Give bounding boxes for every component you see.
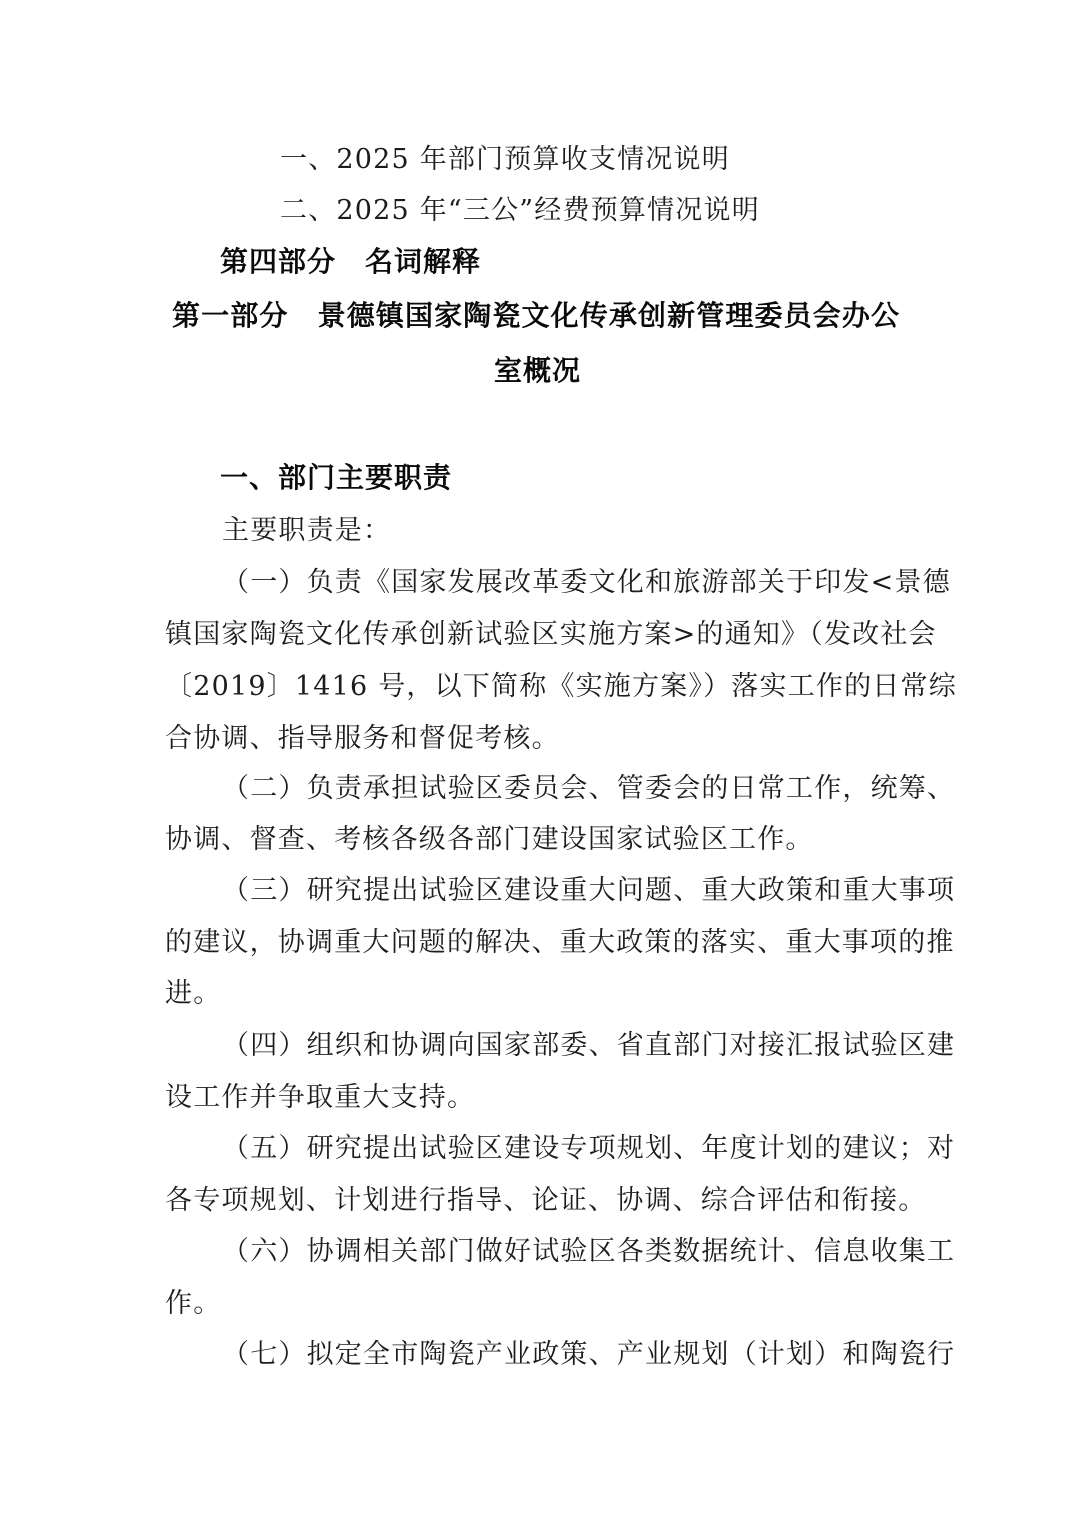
duty-1-line-2: 镇国家陶瓷文化传承创新试验区实施方案>的通知》（发改社会 [165, 617, 910, 653]
duty-3-line-3: 进。 [165, 976, 910, 1012]
duty-2-line-2: 协调、督查、考核各级各部门建设国家试验区工作。 [165, 822, 910, 858]
duty-5-line-1: （五）研究提出试验区建设专项规划、年度计划的建议；对 [222, 1131, 910, 1167]
duty-4-line-1: （四）组织和协调向国家部委、省直部门对接汇报试验区建 [222, 1028, 910, 1064]
duty-1-line-3: 〔2019〕1416 号，以下简称《实施方案》）落实工作的日常综 [165, 669, 910, 705]
duty-2-line-1: （二）负责承担试验区委员会、管委会的日常工作，统筹、 [222, 771, 910, 807]
duty-1-line-1: （一）负责《国家发展改革委文化和旅游部关于印发<景德 [222, 565, 910, 601]
duty-4-line-2: 设工作并争取重大支持。 [165, 1080, 910, 1116]
part-one-heading-line2: 室概况 [165, 353, 910, 389]
duty-6-line-2: 作。 [165, 1286, 910, 1322]
toc-item-budget-explanation: 一、2025 年部门预算收支情况说明 [280, 142, 880, 178]
document-page: 一、2025 年部门预算收支情况说明 二、2025 年“三公”经费预算情况说明 … [0, 0, 1074, 1520]
duty-7-line-1: （七）拟定全市陶瓷产业政策、产业规划（计划）和陶瓷行 [222, 1337, 910, 1373]
part-four-heading: 第四部分 名词解释 [220, 244, 965, 280]
section-heading-main-duties: 一、部门主要职责 [220, 460, 965, 496]
duty-5-line-2: 各专项规划、计划进行指导、论证、协调、综合评估和衔接。 [165, 1183, 910, 1219]
duties-intro: 主要职责是： [222, 513, 910, 549]
duty-3-line-2: 的建议，协调重大问题的解决、重大政策的落实、重大事项的推 [165, 925, 910, 961]
toc-item-three-public-expenses: 二、2025 年“三公”经费预算情况说明 [280, 193, 880, 229]
duty-1-line-4: 合协调、指导服务和督促考核。 [165, 721, 910, 757]
part-one-heading-line1: 第一部分 景德镇国家陶瓷文化传承创新管理委员会办公 [172, 298, 900, 334]
duty-6-line-1: （六）协调相关部门做好试验区各类数据统计、信息收集工 [222, 1234, 910, 1270]
duty-3-line-1: （三）研究提出试验区建设重大问题、重大政策和重大事项 [222, 873, 910, 909]
